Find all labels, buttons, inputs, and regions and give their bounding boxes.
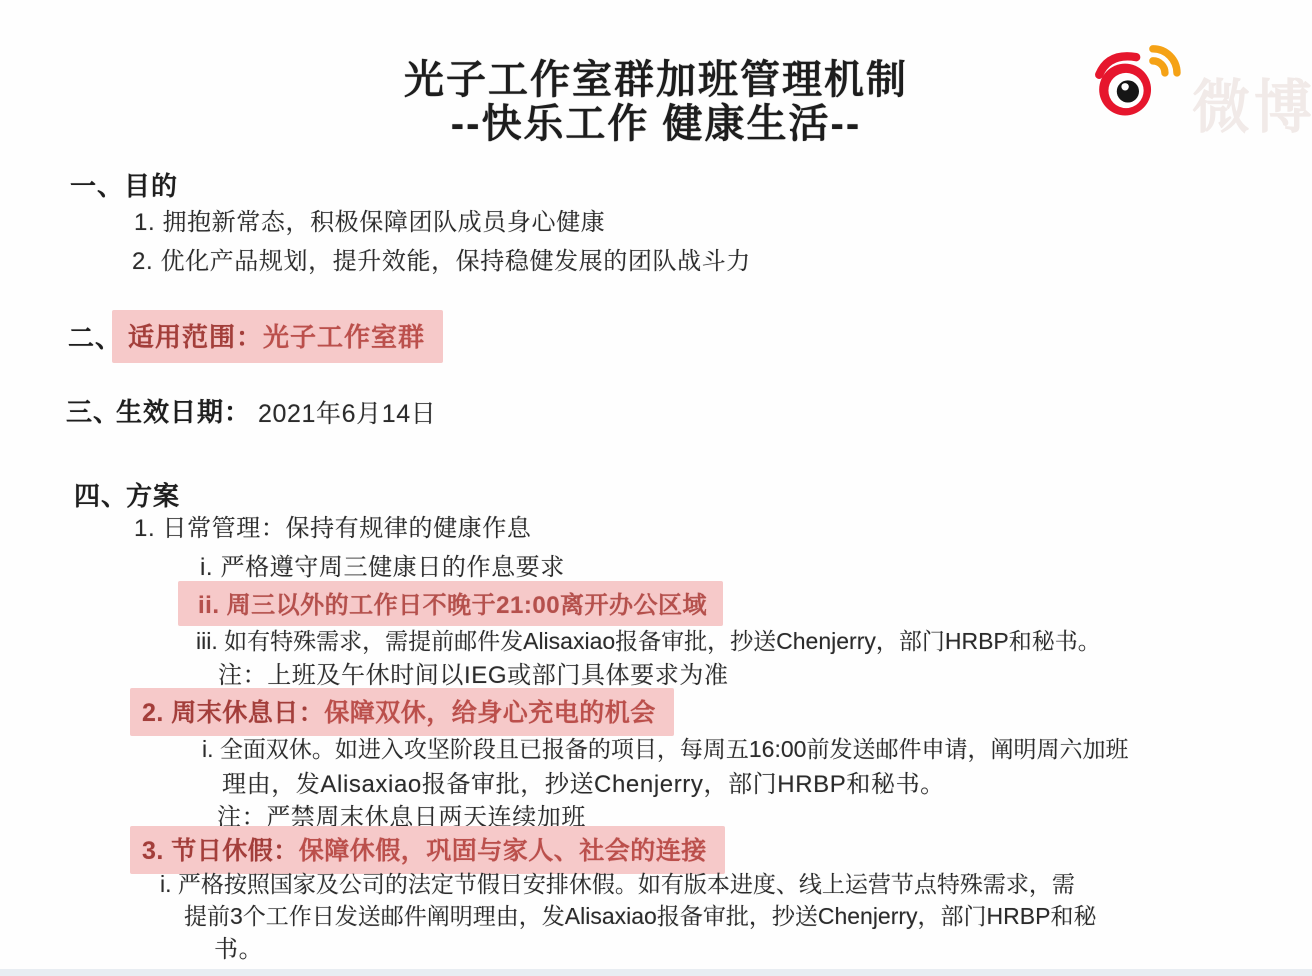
weekend-heading-highlight: 2. 周末休息日：保障双休，给身心充电的机会: [130, 688, 674, 736]
document-photo: 光子工作室群加班管理机制 --快乐工作 健康生活-- 微博相 一、 目的 1. …: [0, 0, 1312, 976]
weibo-eye-glint: [1121, 83, 1128, 90]
weekend-item-i-line2: 理由，发Alisaxiao报备审批，抄送Chenjerry，部门HRBP和秘书。: [222, 764, 945, 799]
weibo-watermark-text: 微博相: [1192, 60, 1312, 144]
weibo-logo-icon: [1088, 34, 1190, 127]
section-four-number: 四、: [74, 476, 128, 513]
holiday-item-i-line3: 书。: [214, 929, 263, 964]
holiday-heading-label: 3. 节日休假：: [142, 837, 299, 865]
video-letterbox-edge: [0, 969, 1312, 976]
daily-item-i: i. 严格遵守周三健康日的作息要求: [200, 547, 565, 582]
section-three-number: 三、: [66, 392, 120, 429]
scope-highlight: 适用范围：光子工作室群: [112, 310, 443, 363]
weekend-heading-label: 2. 周末休息日：: [142, 699, 324, 727]
holiday-item-i-line2: 提前3个工作日发送邮件阐明理由，发Alisaxiao报备审批，抄送Chenjer…: [184, 898, 1096, 931]
daily-item-ii-highlight: ii. 周三以外的工作日不晚于21:00离开办公区域: [178, 581, 723, 626]
weekend-heading-rest: 保障双休，给身心充电的机会: [324, 699, 656, 727]
section-one-number: 一、: [70, 166, 124, 203]
section-one-title: 目的: [124, 166, 178, 203]
effective-date-label: 生效日期：: [116, 392, 251, 429]
scope-value: 光子工作室群: [263, 322, 425, 352]
holiday-item-i-line1: i. 严格按照国家及公司的法定节假日安排休假。如有版本进度、线上运营节点特殊需求…: [160, 866, 1075, 899]
scope-label: 适用范围：: [128, 322, 263, 352]
weekend-item-i-line1: i. 全面双休。如进入攻坚阶段且已报备的项目，每周五16:00前发送邮件申请，阐…: [202, 731, 1128, 764]
weibo-eye-pupil: [1117, 80, 1139, 102]
effective-date-value: 2021年6月14日: [258, 394, 436, 430]
weibo-signal-arc-small: [1153, 61, 1165, 73]
daily-heading: 1. 日常管理：保持有规律的健康作息: [134, 508, 531, 543]
daily-note: 注：上班及午休时间以IEG或部门具体要求为准: [218, 655, 729, 690]
purpose-item-1: 1. 拥抱新常态，积极保障团队成员身心健康: [134, 202, 605, 237]
holiday-heading-rest: 保障休假，巩固与家人、社会的连接: [299, 837, 707, 865]
daily-item-iii: iii. 如有特殊需求，需提前邮件发Alisaxiao报备审批，抄送Chenje…: [196, 623, 1101, 656]
purpose-item-2: 2. 优化产品规划，提升效能，保持稳健发展的团队战斗力: [132, 241, 751, 276]
